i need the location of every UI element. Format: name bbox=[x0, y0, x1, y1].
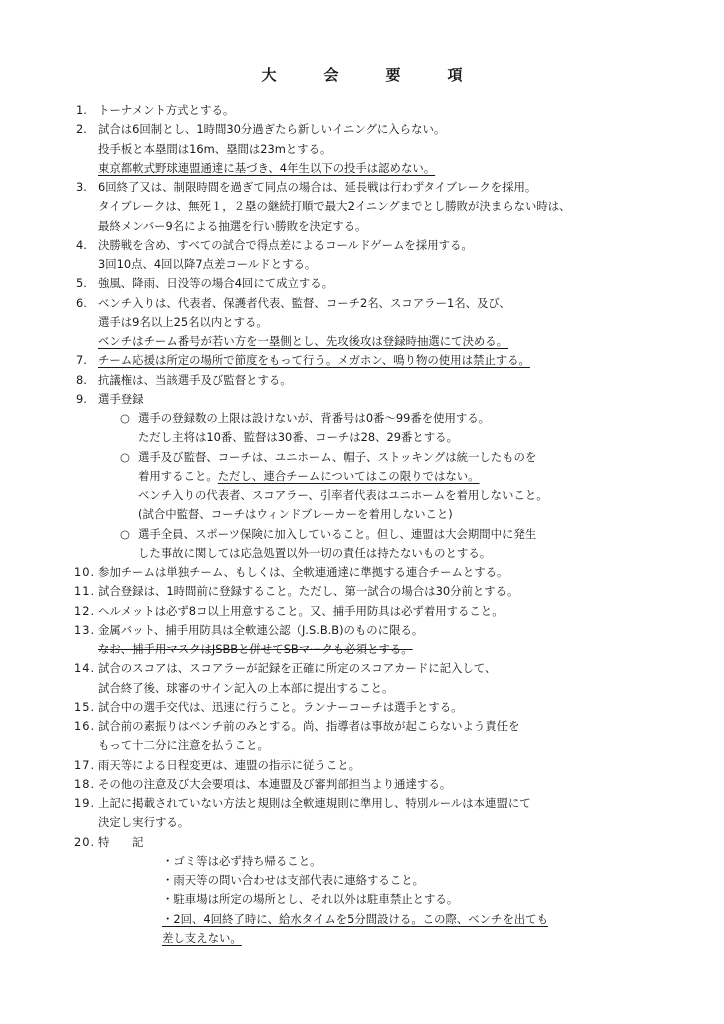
circle-marker-icon: ○ bbox=[120, 525, 130, 544]
rule-item-20: 20.特 記 bbox=[76, 833, 676, 852]
note-text-underlined: 差し支えない。 bbox=[162, 929, 242, 948]
rule-item-16: 16.試合前の素振りはベンチ前のみとする。尚、指導者は事故が起こらないよう責任を bbox=[76, 717, 676, 736]
item-continuation: 選手は9名以上25名以内とする。 bbox=[76, 313, 676, 332]
rule-item-14: 14.試合のスコアは、スコアラーが記録を正確に所定のスコアカードに記入して、 bbox=[76, 659, 676, 678]
item-continuation: 試合終了後、球審のサイン記入の上本部に提出すること。 bbox=[76, 679, 676, 698]
subitem-text: 選手全員、スポーツ保険に加入していること。但し、連盟は大会期間中に発生 bbox=[138, 525, 536, 544]
subitem-line: 着用すること。ただし、連合チームについてはこの限りではない。 bbox=[138, 467, 480, 486]
subitem-text-underlined: ただし、連合チームについてはこの限りではない。 bbox=[218, 469, 480, 483]
item-number: 5. bbox=[76, 274, 98, 293]
title-char: 項 bbox=[424, 64, 486, 85]
rule-item-13: 13.金属バット、捕手用防具は全軟連公認（J.S.B.B)のものに限る。 bbox=[76, 621, 676, 640]
item-number: 17. bbox=[74, 756, 96, 775]
subitem-text: (試合中監督、コーチはウィンドブレーカーを着用しないこと) bbox=[138, 505, 453, 524]
subitem-text: 選手及び監督、コーチは、ユニホーム、帽子、ストッキングは統一したものを bbox=[138, 448, 536, 467]
note-text: ・雨天等の問い合わせは支部代表に連絡すること。 bbox=[162, 871, 424, 890]
subitem-continuation: (試合中監督、コーチはウィンドブレーカーを着用しないこと) bbox=[76, 505, 676, 524]
subitem-text: 選手の登録数の上限は設けないが、背番号は0番～99番を使用する。 bbox=[138, 409, 490, 428]
subitem-continuation: 着用すること。ただし、連合チームについてはこの限りではない。 bbox=[76, 467, 676, 486]
item-continuation: 3回10点、4回以降7点差コールドとする。 bbox=[76, 255, 676, 274]
rule-item-10: 10.参加チームは単独チーム、もしくは、全軟連通達に準拠する連合チームとする。 bbox=[76, 563, 676, 582]
subitem-1: ○選手の登録数の上限は設けないが、背番号は0番～99番を使用する。 bbox=[76, 409, 676, 428]
item-text: ベンチ入りは、代表者、保護者代表、監督、コーチ2名、スコアラー1名、及び、 bbox=[98, 294, 511, 313]
item-number: 10. bbox=[74, 563, 96, 582]
subitem-text: ただし主将は10番、監督は30番、コーチは28、29番とする。 bbox=[138, 428, 458, 447]
subitem-text: した事故に関しては応急処置以外一切の責任は持たないものとする。 bbox=[138, 544, 491, 563]
rule-item-19: 19.上記に掲載されていない方法と規則は全軟連規則に準用し、特別ルールは本連盟に… bbox=[76, 794, 676, 813]
note-4-continuation: 差し支えない。 bbox=[76, 929, 676, 948]
item-text-underlined: ベンチはチーム番号が若い方を一塁側とし、先攻後攻は登録時抽選にて決める。 bbox=[98, 332, 508, 351]
circle-marker-icon: ○ bbox=[120, 409, 130, 428]
item-text: トーナメント方式とする。 bbox=[98, 101, 234, 120]
subitem-continuation: ベンチ入りの代表者、スコアラー、引率者代表はユニホームを着用しないこと。 bbox=[76, 486, 676, 505]
item-number: 8. bbox=[76, 371, 98, 390]
rule-item-3: 3.6回終了又は、制限時間を過ぎて同点の場合は、延長戦は行わずタイブレークを採用… bbox=[76, 178, 676, 197]
item-text: タイブレークは、無死１，２塁の継続打順で最大2イニングまでとし勝敗が決まらない時… bbox=[98, 197, 571, 216]
item-number: 2. bbox=[76, 120, 98, 139]
rule-item-4: 4.決勝戦を含め、すべての試合で得点差によるコールドゲームを採用する。 bbox=[76, 236, 676, 255]
item-number: 12. bbox=[74, 602, 96, 621]
item-text: 試合は6回制とし、1時間30分過ぎたら新しいイニングに入らない。 bbox=[98, 120, 445, 139]
item-number: 3. bbox=[76, 178, 98, 197]
item-number: 4. bbox=[76, 236, 98, 255]
item-text: 試合中の選手交代は、迅速に行うこと。ランナーコーチは選手とする。 bbox=[98, 698, 463, 717]
note-1: ・ゴミ等は必ず持ち帰ること。 bbox=[76, 852, 676, 871]
item-text: 強風、降雨、日没等の場合4回にて成立する。 bbox=[98, 274, 333, 293]
item-text-strikethrough: なお、捕手用マスクはJSBBと併せてSBマークも必須とする。 bbox=[98, 640, 413, 659]
subitem-text: ベンチ入りの代表者、スコアラー、引率者代表はユニホームを着用しないこと。 bbox=[138, 486, 548, 505]
subitem-3: ○選手全員、スポーツ保険に加入していること。但し、連盟は大会期間中に発生 bbox=[76, 525, 676, 544]
title-char: 大 bbox=[238, 64, 300, 85]
item-number: 19. bbox=[74, 794, 96, 813]
note-text-underlined: ・2回、4回終了時に、給水タイムを5分間設ける。この際、ベンチを出ても bbox=[162, 910, 548, 929]
item-number: 6. bbox=[76, 294, 98, 313]
item-text: 3回10点、4回以降7点差コールドとする。 bbox=[98, 255, 316, 274]
item-text: 試合登録は、1時間前に登録すること。ただし、第一試合の場合は30分前とする。 bbox=[98, 582, 518, 601]
item-number: 20. bbox=[74, 833, 96, 852]
rule-item-8: 8.抗議権は、当該選手及び監督とする。 bbox=[76, 371, 676, 390]
item-text: 決勝戦を含め、すべての試合で得点差によるコールドゲームを採用する。 bbox=[98, 236, 473, 255]
rule-item-2: 2.試合は6回制とし、1時間30分過ぎたら新しいイニングに入らない。 bbox=[76, 120, 676, 139]
item-number: 11. bbox=[74, 582, 96, 601]
item-continuation: タイブレークは、無死１，２塁の継続打順で最大2イニングまでとし勝敗が決まらない時… bbox=[76, 197, 676, 216]
item-continuation: もって十二分に注意を払うこと。 bbox=[76, 736, 676, 755]
note-2: ・雨天等の問い合わせは支部代表に連絡すること。 bbox=[76, 871, 676, 890]
rule-item-17: 17.雨天等による日程変更は、連盟の指示に従うこと。 bbox=[76, 756, 676, 775]
title-char: 会 bbox=[300, 64, 362, 85]
note-text: ・ゴミ等は必ず持ち帰ること。 bbox=[162, 852, 321, 871]
item-text: 抗議権は、当該選手及び監督とする。 bbox=[98, 371, 292, 390]
rule-item-12: 12.ヘルメットは必ず8コ以上用意すること。又、捕手用防具は必ず着用すること。 bbox=[76, 602, 676, 621]
document-title: 大会要項 bbox=[0, 64, 724, 85]
item-text: その他の注意及び大会要項は、本連盟及び審判部担当より通達する。 bbox=[98, 775, 451, 794]
item-text: 投手板と本塁間は16m、塁間は23mとする。 bbox=[98, 140, 331, 159]
circle-marker-icon: ○ bbox=[120, 448, 130, 467]
item-text: 選手登録 bbox=[98, 390, 144, 409]
item-text: 参加チームは単独チーム、もしくは、全軟連通達に準拠する連合チームとする。 bbox=[98, 563, 508, 582]
subitem-continuation: ただし主将は10番、監督は30番、コーチは28、29番とする。 bbox=[76, 428, 676, 447]
item-text: 試合のスコアは、スコアラーが記録を正確に所定のスコアカードに記入して、 bbox=[98, 659, 496, 678]
item-continuation: なお、捕手用マスクはJSBBと併せてSBマークも必須とする。 bbox=[76, 640, 676, 659]
item-text: 上記に掲載されていない方法と規則は全軟連規則に準用し、特別ルールは本連盟にて bbox=[98, 794, 531, 813]
rule-item-11: 11.試合登録は、1時間前に登録すること。ただし、第一試合の場合は30分前とする… bbox=[76, 582, 676, 601]
item-text: 試合終了後、球審のサイン記入の上本部に提出すること。 bbox=[98, 679, 393, 698]
item-number: 14. bbox=[74, 659, 96, 678]
item-text-underlined: 東京都軟式野球連盟通達に基づき、4年生以下の投手は認めない。 bbox=[98, 159, 435, 178]
item-continuation: ベンチはチーム番号が若い方を一塁側とし、先攻後攻は登録時抽選にて決める。 bbox=[76, 332, 676, 351]
rule-item-6: 6.ベンチ入りは、代表者、保護者代表、監督、コーチ2名、スコアラー1名、及び、 bbox=[76, 294, 676, 313]
note-text: ・駐車場は所定の場所とし、それ以外は駐車禁止とする。 bbox=[162, 890, 458, 909]
rule-item-9: 9.選手登録 bbox=[76, 390, 676, 409]
item-text-underlined: チーム応援は所定の場所で節度をもって行う。メガホン、鳴り物の使用は禁止する。 bbox=[98, 351, 530, 370]
item-number: 9. bbox=[76, 390, 98, 409]
item-text: 雨天等による日程変更は、連盟の指示に従うこと。 bbox=[98, 756, 360, 775]
item-text: もって十二分に注意を払うこと。 bbox=[98, 736, 269, 755]
note-4: ・2回、4回終了時に、給水タイムを5分間設ける。この際、ベンチを出ても bbox=[76, 910, 676, 929]
rules-list: 1.トーナメント方式とする。 2.試合は6回制とし、1時間30分過ぎたら新しいイ… bbox=[76, 101, 676, 948]
title-char: 要 bbox=[362, 64, 424, 85]
subitem-continuation: した事故に関しては応急処置以外一切の責任は持たないものとする。 bbox=[76, 544, 676, 563]
item-number: 13. bbox=[74, 621, 96, 640]
item-number: 1. bbox=[76, 101, 98, 120]
item-continuation: 東京都軟式野球連盟通達に基づき、4年生以下の投手は認めない。 bbox=[76, 159, 676, 178]
item-number: 18. bbox=[74, 775, 96, 794]
item-text: 金属バット、捕手用防具は全軟連公認（J.S.B.B)のものに限る。 bbox=[98, 621, 423, 640]
item-continuation: 最終メンバー9名による抽選を行い勝敗を決定する。 bbox=[76, 217, 676, 236]
rule-item-18: 18.その他の注意及び大会要項は、本連盟及び審判部担当より通達する。 bbox=[76, 775, 676, 794]
item-text: 決定し実行する。 bbox=[98, 813, 189, 832]
rule-item-15: 15.試合中の選手交代は、迅速に行うこと。ランナーコーチは選手とする。 bbox=[76, 698, 676, 717]
subitem-text: 着用すること。 bbox=[138, 469, 218, 483]
item-text: ヘルメットは必ず8コ以上用意すること。又、捕手用防具は必ず着用すること。 bbox=[98, 602, 504, 621]
item-number: 15. bbox=[74, 698, 96, 717]
rule-item-1: 1.トーナメント方式とする。 bbox=[76, 101, 676, 120]
item-text: 特 記 bbox=[98, 833, 144, 852]
item-number: 7. bbox=[76, 351, 98, 370]
item-number: 16. bbox=[74, 717, 96, 736]
subitem-2: ○選手及び監督、コーチは、ユニホーム、帽子、ストッキングは統一したものを bbox=[76, 448, 676, 467]
item-continuation: 投手板と本塁間は16m、塁間は23mとする。 bbox=[76, 140, 676, 159]
item-text: 試合前の素振りはベンチ前のみとする。尚、指導者は事故が起こらないよう責任を bbox=[98, 717, 519, 736]
item-text: 選手は9名以上25名以内とする。 bbox=[98, 313, 268, 332]
item-text: 6回終了又は、制限時間を過ぎて同点の場合は、延長戦は行わずタイブレークを採用。 bbox=[98, 178, 536, 197]
item-text: 最終メンバー9名による抽選を行い勝敗を決定する。 bbox=[98, 217, 366, 236]
rule-item-7: 7.チーム応援は所定の場所で節度をもって行う。メガホン、鳴り物の使用は禁止する。 bbox=[76, 351, 676, 370]
rule-item-5: 5.強風、降雨、日没等の場合4回にて成立する。 bbox=[76, 274, 676, 293]
item-continuation: 決定し実行する。 bbox=[76, 813, 676, 832]
note-3: ・駐車場は所定の場所とし、それ以外は駐車禁止とする。 bbox=[76, 890, 676, 909]
